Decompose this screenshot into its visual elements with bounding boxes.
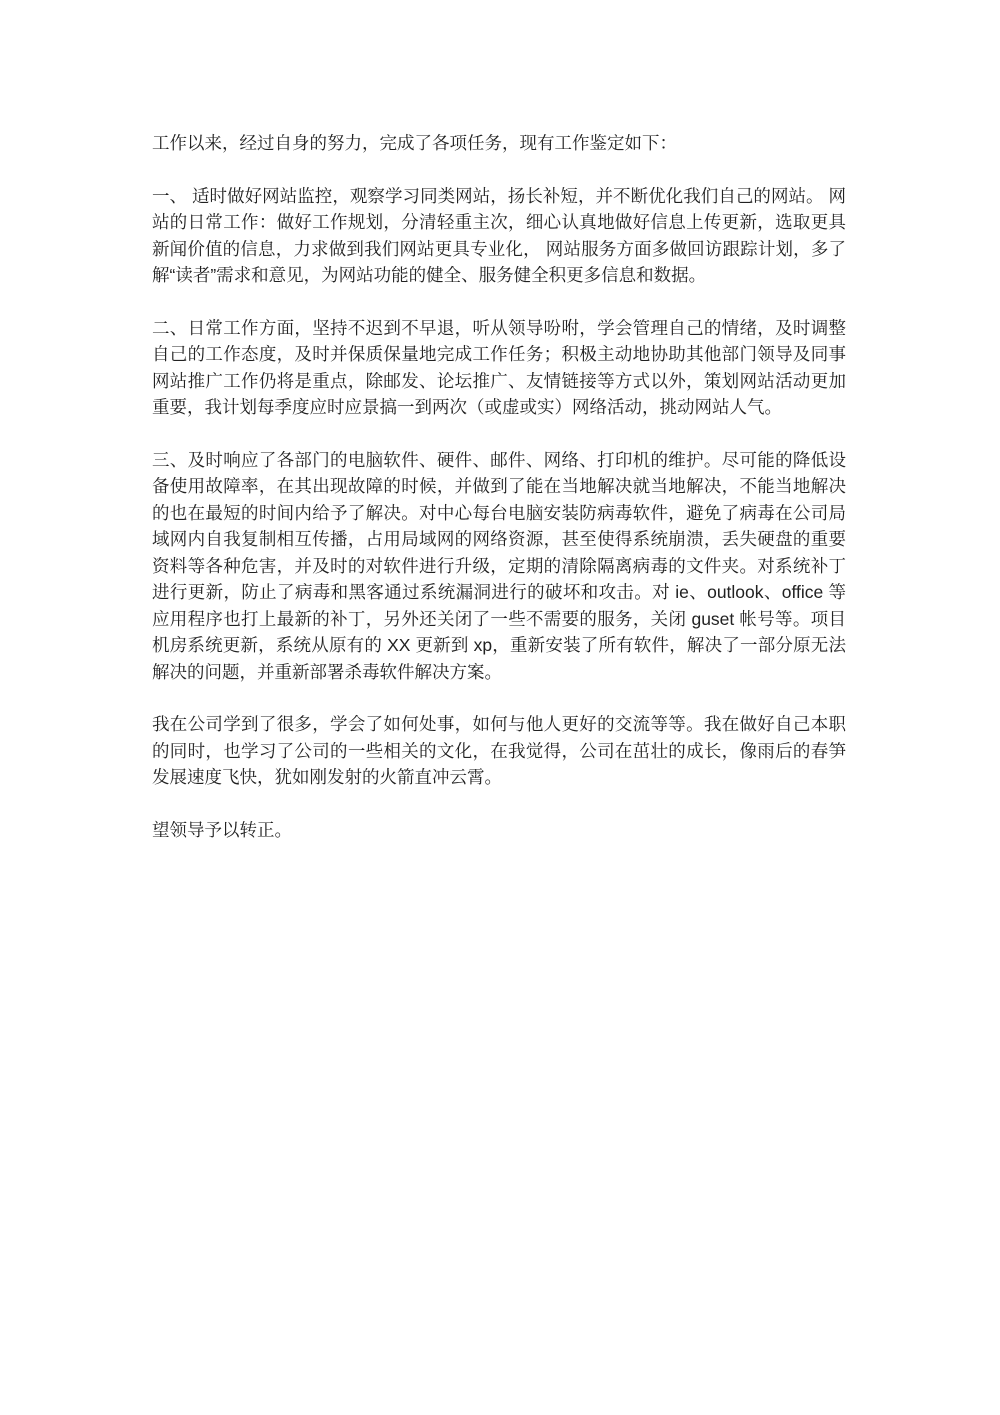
document-body: 工作以来，经过自身的努力，完成了各项任务，现有工作鉴定如下： 一、 适时做好网站… (152, 130, 846, 869)
paragraph-section-2: 二、日常工作方面，坚持不迟到不早退，听从领导吩咐，学会管理自己的情绪，及时调整自… (152, 315, 846, 421)
paragraph-summary: 我在公司学到了很多，学会了如何处事，如何与他人更好的交流等等。我在做好自己本职的… (152, 711, 846, 791)
document-page: 工作以来，经过自身的努力，完成了各项任务，现有工作鉴定如下： 一、 适时做好网站… (0, 0, 1000, 1415)
paragraph-intro: 工作以来，经过自身的努力，完成了各项任务，现有工作鉴定如下： (152, 130, 846, 157)
paragraph-closing: 望领导予以转正。 (152, 817, 846, 844)
paragraph-section-3: 三、及时响应了各部门的电脑软件、硬件、邮件、网络、打印机的维护。尽可能的降低设备… (152, 447, 846, 686)
paragraph-section-1: 一、 适时做好网站监控，观察学习同类网站，扬长补短，并不断优化我们自己的网站。 … (152, 183, 846, 289)
